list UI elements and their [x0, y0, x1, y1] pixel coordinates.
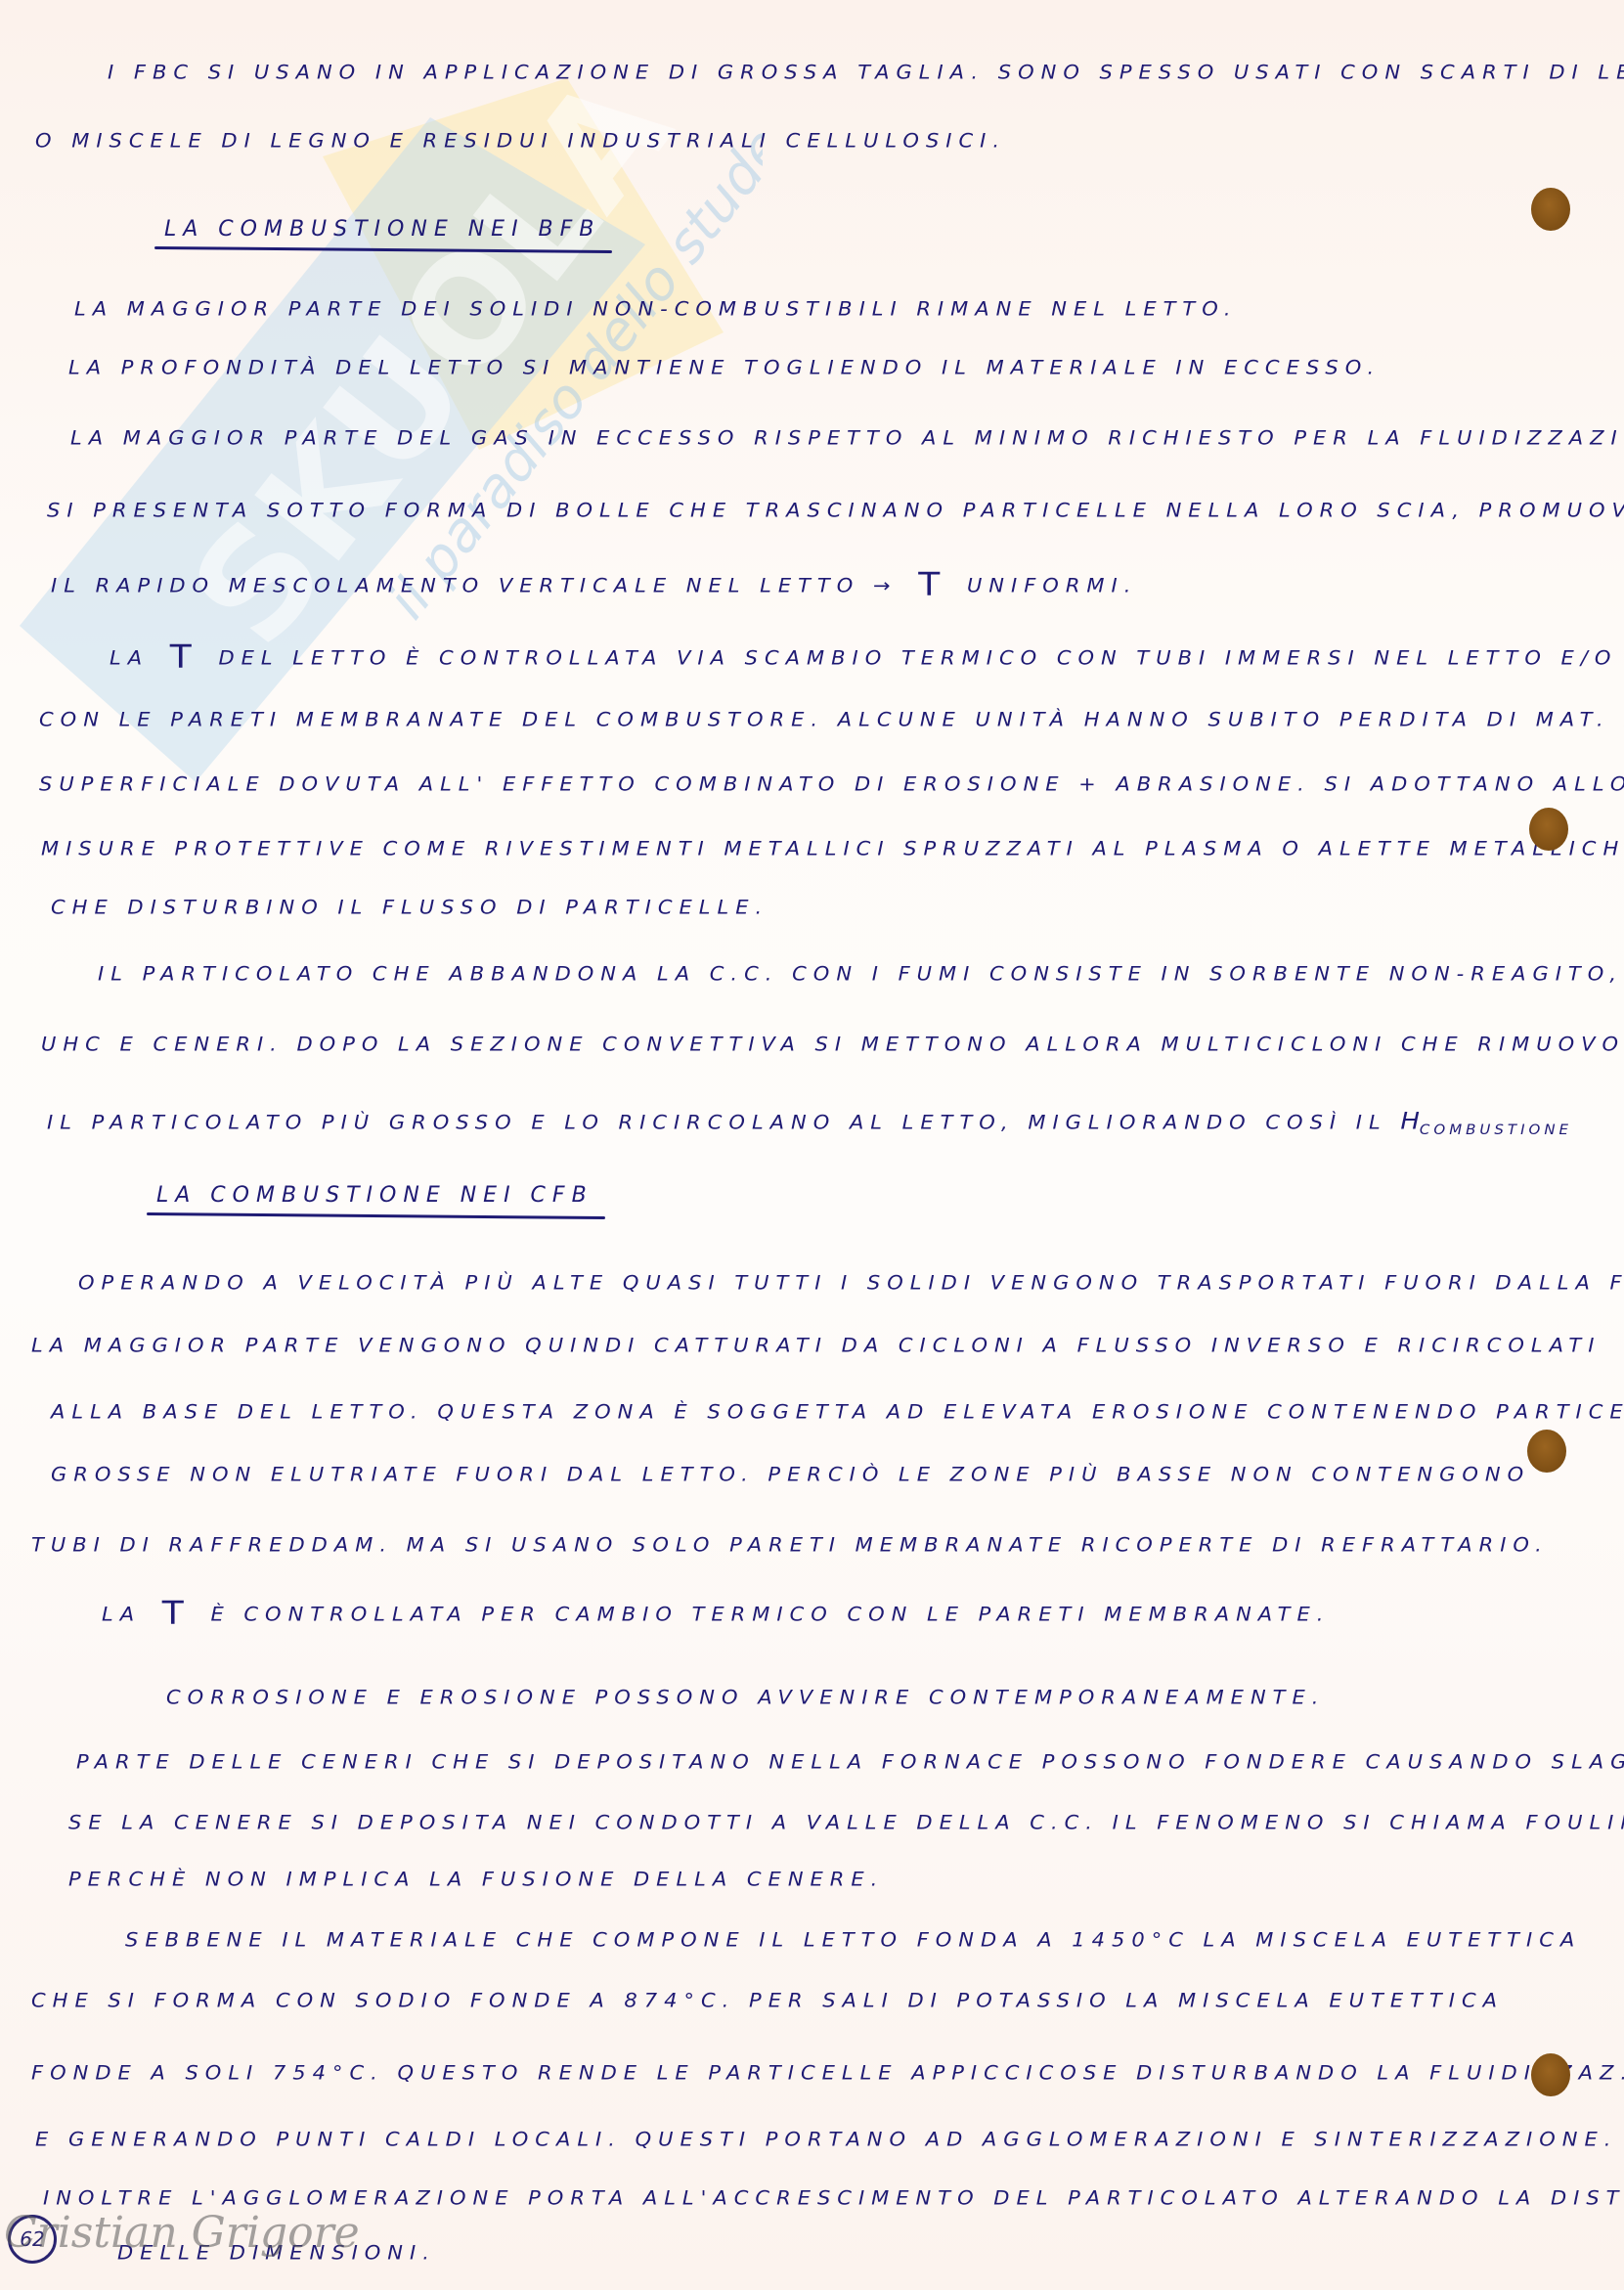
- svg-text:il paradiso dello studente: il paradiso dello studente: [375, 78, 763, 631]
- corrosion-line-2: PARTE DELLE CENERI CHE SI DEPOSITANO NEL…: [76, 1751, 1624, 1773]
- bfb-line-2: LA PROFONDITÀ DEL LETTO SI MANTIENE TOGL…: [68, 357, 1381, 378]
- corrosion-line-9: INOLTRE L'AGGLOMERAZIONE PORTA ALL'ACCRE…: [43, 2187, 1624, 2209]
- section-heading-cfb-text: LA COMBUSTIONE NEI CFB: [156, 1183, 593, 1208]
- bfb-temp-prefix: LA: [110, 647, 149, 669]
- corrosion-line-6: CHE SI FORMA CON SODIO FONDE A 874°C. PE…: [31, 1990, 1504, 2011]
- bfb-line-1: LA MAGGIOR PARTE DEI SOLIDI NON-COMBUSTI…: [74, 298, 1238, 320]
- bfb-line-4: SI PRESENTA SOTTO FORMA DI BOLLE CHE TRA…: [47, 500, 1624, 521]
- corrosion-line-8: E GENERANDO PUNTI CALDI LOCALI. QUESTI P…: [35, 2129, 1617, 2150]
- bfb-mixing-suffix: UNIFORMI.: [967, 575, 1137, 596]
- cfb-line-5: TUBI DI RAFFREDDAM. MA SI USANO SOLO PAR…: [31, 1534, 1549, 1556]
- heading-underline: [154, 246, 612, 253]
- section-heading-cfb: LA COMBUSTIONE NEI CFB: [156, 1183, 593, 1215]
- bfb-more-line-3: MISURE PROTETTIVE COME RIVESTIMENTI META…: [41, 838, 1624, 859]
- bfb-last-line: IL PARTICOLATO PIÙ GROSSO E LO RICIRCOLA…: [47, 1108, 1572, 1137]
- bfb-last-prefix: IL PARTICOLATO PIÙ GROSSO E LO RICIRCOLA…: [47, 1112, 1387, 1133]
- cfb-line-3: ALLA BASE DEL LETTO. QUESTA ZONA È SOGGE…: [51, 1401, 1624, 1423]
- bfb-more-line-2: SUPERFICIALE DOVUTA ALL' EFFETTO COMBINA…: [39, 773, 1624, 795]
- cfb-temp-line: LA T È CONTROLLATA PER CAMBIO TERMICO CO…: [102, 1596, 1330, 1633]
- heading-underline: [147, 1212, 605, 1219]
- bfb-more-line-4: CHE DISTURBINO IL FLUSSO DI PARTICELLE.: [51, 897, 768, 918]
- efficiency-subscript: COMBUSTIONE: [1420, 1122, 1572, 1138]
- hole-punch: [1527, 1430, 1566, 1473]
- corrosion-line-5: SEBBENE IL MATERIALE CHE COMPONE IL LETT…: [125, 1929, 1581, 1951]
- bfb-line-3: LA MAGGIOR PARTE DEL GAS IN ECCESSO RISP…: [70, 427, 1624, 449]
- corrosion-line-1: CORROSIONE E EROSIONE POSSONO AVVENIRE C…: [166, 1687, 1325, 1708]
- hole-punch: [1531, 2053, 1570, 2096]
- cfb-line-2: LA MAGGIOR PARTE VENGONO QUINDI CATTURAT…: [31, 1335, 1601, 1356]
- cfb-line-4: GROSSE NON ELUTRIATE FUORI DAL LETTO. PE…: [51, 1464, 1530, 1485]
- corrosion-line-7: FONDE A SOLI 754°C. QUESTO RENDE LE PART…: [31, 2062, 1624, 2084]
- bfb-mixing-line: IL RAPIDO MESCOLAMENTO VERTICALE NEL LET…: [51, 567, 1137, 604]
- intro-line-2: O MISCELE DI LEGNO E RESIDUI INDUSTRIALI…: [35, 130, 1006, 152]
- hole-punch: [1529, 808, 1568, 851]
- bfb-mixing-prefix: IL RAPIDO MESCOLAMENTO VERTICALE NEL LET…: [51, 575, 898, 596]
- intro-line-1: I FBC SI USANO IN APPLICAZIONE DI GROSSA…: [108, 62, 1624, 83]
- cfb-line-1: OPERANDO A VELOCITÀ PIÙ ALTE QUASI TUTTI…: [78, 1272, 1624, 1294]
- section-heading-bfb: LA COMBUSTIONE NEI BFB: [164, 217, 600, 249]
- temperature-symbol: T: [170, 639, 192, 677]
- author-signature-watermark: Cristian Grigore: [4, 2208, 360, 2258]
- bfb-particulate-line-1: IL PARTICOLATO CHE ABBANDONA LA C.C. CON…: [98, 963, 1623, 985]
- cfb-temp-prefix: LA: [102, 1604, 141, 1625]
- corrosion-line-3: SE LA CENERE SI DEPOSITA NEI CONDOTTI A …: [68, 1812, 1624, 1833]
- bfb-more-line-1: CON LE PARETI MEMBRANATE DEL COMBUSTORE.…: [39, 709, 1624, 730]
- cfb-temp-suffix: È CONTROLLATA PER CAMBIO TERMICO CON LE …: [210, 1604, 1330, 1625]
- temperature-symbol: T: [918, 567, 940, 604]
- notes-page: SKUOLA il paradiso dello studente I FBC …: [0, 0, 1624, 2290]
- efficiency-symbol: η: [1400, 1108, 1420, 1135]
- bfb-particulate-line-2: UHC E CENERI. DOPO LA SEZIONE CONVETTIVA…: [41, 1034, 1624, 1055]
- hole-punch: [1531, 188, 1570, 231]
- bfb-temp-line: LA T DEL LETTO È CONTROLLATA VIA SCAMBIO…: [110, 639, 1617, 677]
- corrosion-line-4: PERCHÈ NON IMPLICA LA FUSIONE DELLA CENE…: [68, 1869, 884, 1890]
- section-heading-bfb-text: LA COMBUSTIONE NEI BFB: [164, 217, 600, 242]
- temperature-symbol: T: [162, 1596, 184, 1633]
- bfb-temp-suffix: DEL LETTO È CONTROLLATA VIA SCAMBIO TERM…: [218, 647, 1617, 669]
